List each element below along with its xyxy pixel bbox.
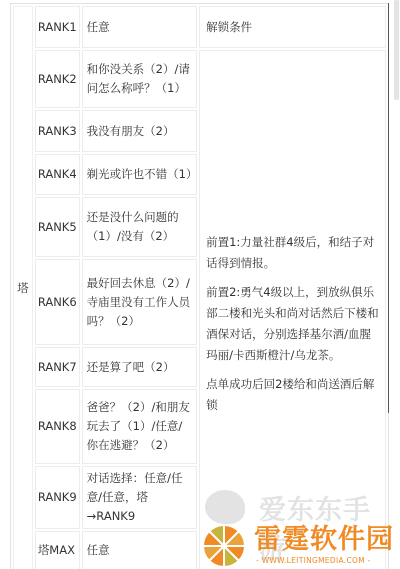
rank-cell: RANK2 — [35, 50, 80, 108]
rank-table: 塔 RANK1 任意 解锁条件 RANK2 和你没关系（2）/请问怎么称呼？（1… — [10, 3, 389, 569]
prerequisite-1: 前置1:力量社群4级后，和结子对话得到情报。 — [206, 232, 379, 274]
rank-cell: RANK8 — [35, 389, 80, 464]
scrollbar[interactable] — [394, 0, 399, 100]
condition-cell: 剃光或许也不错（1） — [82, 154, 197, 195]
unlock-final-step: 点单成功后回2楼给和尚送酒后解锁 — [206, 374, 379, 416]
unlock-header: 解锁条件 — [199, 6, 386, 48]
rank-cell: RANK9 — [35, 466, 80, 529]
prerequisite-2: 前置2:勇气4级以上，到放纵俱乐部二楼和光头和尚对话然后下楼和酒保对话，分别选择… — [206, 282, 379, 366]
rank-cell: RANK4 — [35, 154, 80, 195]
rank-cell: RANK5 — [35, 197, 80, 257]
condition-cell: 最好回去休息（2）/寺庙里没有工作人员吗？（2） — [82, 259, 197, 345]
rank-table-container: 塔 RANK1 任意 解锁条件 RANK2 和你没关系（2）/请问怎么称呼？（1… — [10, 3, 389, 567]
table-row: 塔 RANK1 任意 解锁条件 — [13, 6, 386, 48]
condition-cell: 还是没什么问题的（1）/没有（2） — [82, 197, 197, 257]
condition-cell: 还是算了吧（2） — [82, 347, 197, 387]
watermark-leiting: 雷霆软件园 - WWW.LEITINGMEDIA.COM - — [202, 524, 400, 569]
condition-cell: 对话选择：任意/任意/任意，塔→RANK9 — [82, 466, 197, 529]
table-row: RANK2 和你没关系（2）/请问怎么称呼？（1） 前置1:力量社群4级后，和结… — [13, 50, 386, 108]
condition-cell: 和你没关系（2）/请问怎么称呼？（1） — [82, 50, 197, 108]
watermark-primary-text: 雷霆软件园 — [254, 524, 394, 556]
content-divider — [388, 3, 389, 413]
watermark-aidongdong: 爱东东手游 — [197, 488, 397, 526]
aidongdong-logo-icon — [205, 490, 245, 524]
condition-cell: 爸爸？（2）/和朋友玩去了（1）/任意/你在逃避？（2） — [82, 389, 197, 464]
rank-cell: RANK6 — [35, 259, 80, 345]
rank-cell: RANK3 — [35, 110, 80, 152]
rank-cell: RANK7 — [35, 347, 80, 387]
rank-cell: 塔MAX — [35, 531, 80, 569]
condition-cell: 任意 — [82, 531, 197, 569]
tower-group-label: 塔 — [13, 6, 33, 569]
watermark-url: - WWW.LEITINGMEDIA.COM - — [256, 556, 371, 565]
rank-cell: RANK1 — [35, 6, 80, 48]
condition-cell: 我没有朋友（2） — [82, 110, 197, 152]
orange-slice-logo-icon — [202, 524, 246, 568]
condition-cell: 任意 — [82, 6, 197, 48]
